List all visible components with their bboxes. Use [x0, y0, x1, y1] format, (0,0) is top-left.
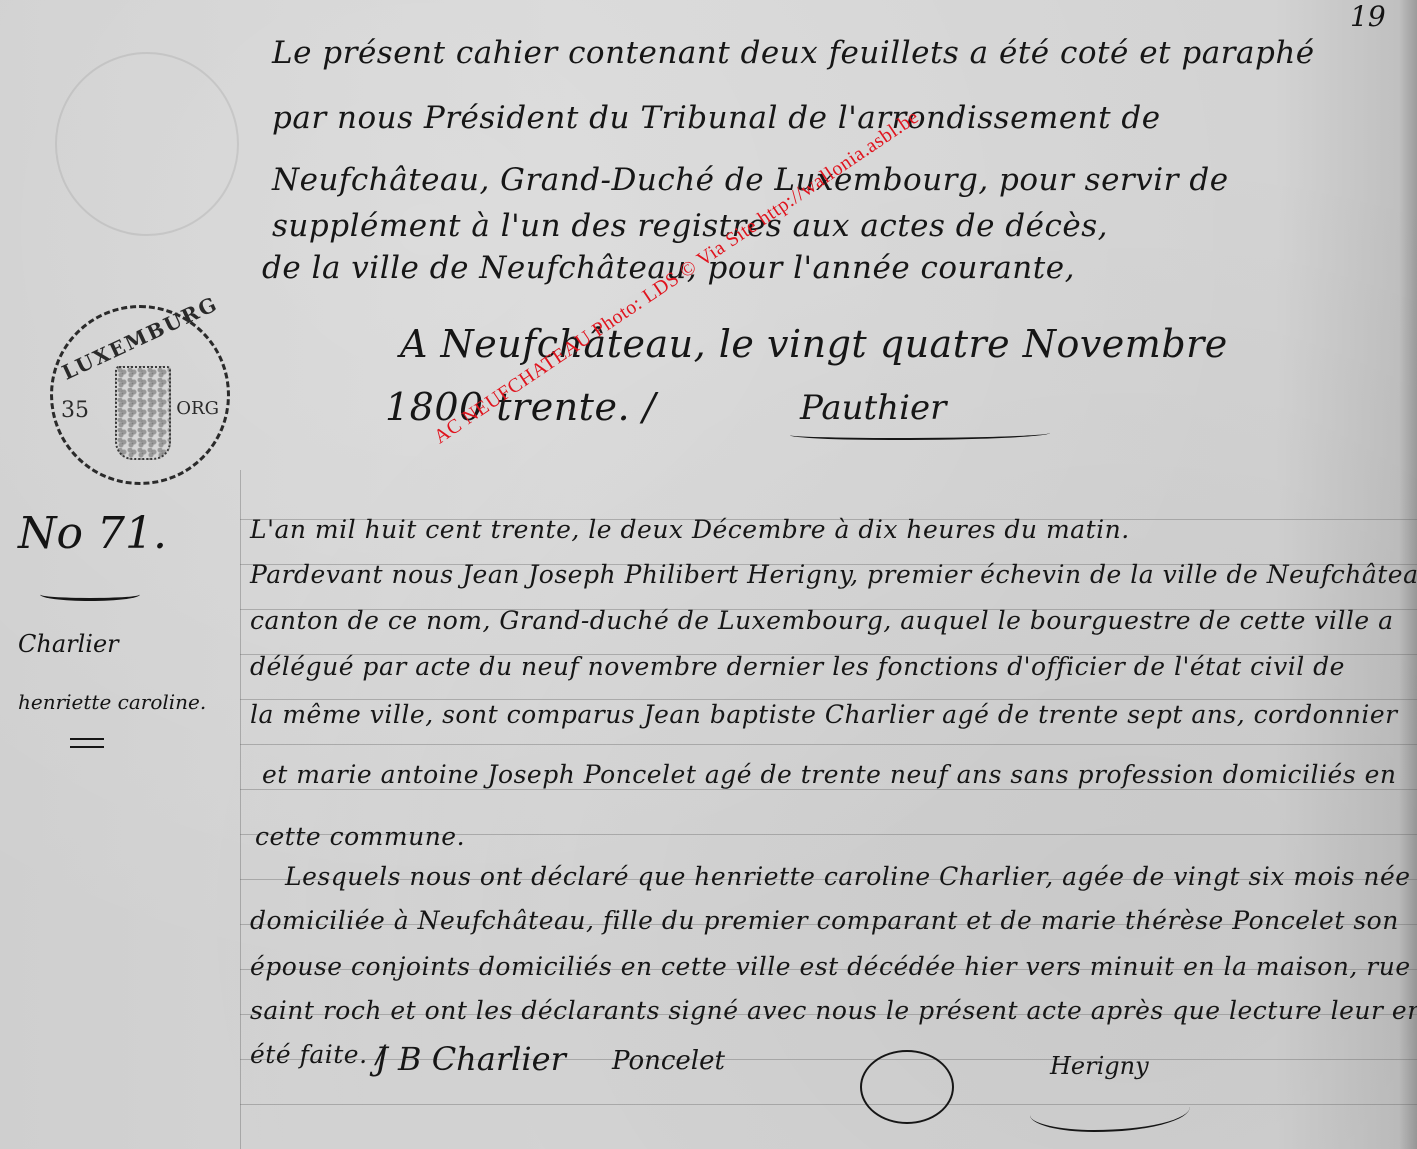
act-line-8: Lesquels nous ont déclaré que henriette … — [285, 862, 1417, 891]
signature-herigny: Herigny — [1050, 1052, 1149, 1080]
act-line-1: L'an mil huit cent trente, le deux Décem… — [250, 515, 1130, 544]
president-signature: Pauthier — [800, 388, 946, 428]
entry-number: No 71. — [18, 508, 167, 559]
entry-number-flourish — [40, 588, 140, 601]
margin-rule — [240, 470, 241, 1149]
certification-line-4: supplément à l'un des registres aux acte… — [272, 208, 1108, 244]
act-line-4: délégué par acte du neuf novembre dernie… — [250, 652, 1345, 681]
certification-line-1: Le présent cahier contenant deux feuille… — [272, 35, 1315, 71]
signature-poncelet: Poncelet — [612, 1046, 725, 1076]
act-line-3: canton de ce nom, Grand-duché de Luxembo… — [250, 606, 1394, 635]
act-line-7: cette commune. — [255, 822, 465, 851]
act-line-12: été faite. / — [250, 1040, 385, 1069]
stamp-right-text: ORG — [176, 398, 219, 419]
act-line-9: domiciliée à Neufchâteau, fille du premi… — [250, 906, 1399, 935]
paraph-flourish-icon — [860, 1050, 954, 1124]
crown-crest-icon — [115, 366, 171, 460]
certification-line-2: par nous Président du Tribunal de l'arro… — [272, 100, 1161, 136]
signature-charlier: J B Charlier — [375, 1040, 566, 1078]
act-line-10: épouse conjoints domiciliés en cette vil… — [250, 952, 1417, 981]
page-number-mark: 19 — [1350, 0, 1386, 33]
stamp-left-text: 35 — [61, 398, 89, 423]
embossed-seal-icon — [55, 52, 239, 236]
act-line-2: Pardevant nous Jean Joseph Philibert Her… — [250, 560, 1417, 589]
place-date-line-1: A Neufchâteau, le vingt quatre Novembre — [400, 322, 1228, 366]
certification-line-3: Neufchâteau, Grand-Duché de Luxembourg, … — [272, 162, 1229, 198]
margin-surname: Charlier — [18, 630, 119, 658]
margin-double-rule — [70, 738, 104, 748]
luxembourg-seal-stamp: LUXEMBURG 35 ORG — [50, 305, 230, 485]
margin-given-names: henriette caroline. — [18, 690, 206, 714]
act-line-6: et marie antoine Joseph Poncelet agé de … — [262, 760, 1397, 789]
act-line-11: saint roch et ont les déclarants signé a… — [250, 996, 1417, 1025]
act-line-5: la même ville, sont comparus Jean baptis… — [250, 700, 1398, 729]
